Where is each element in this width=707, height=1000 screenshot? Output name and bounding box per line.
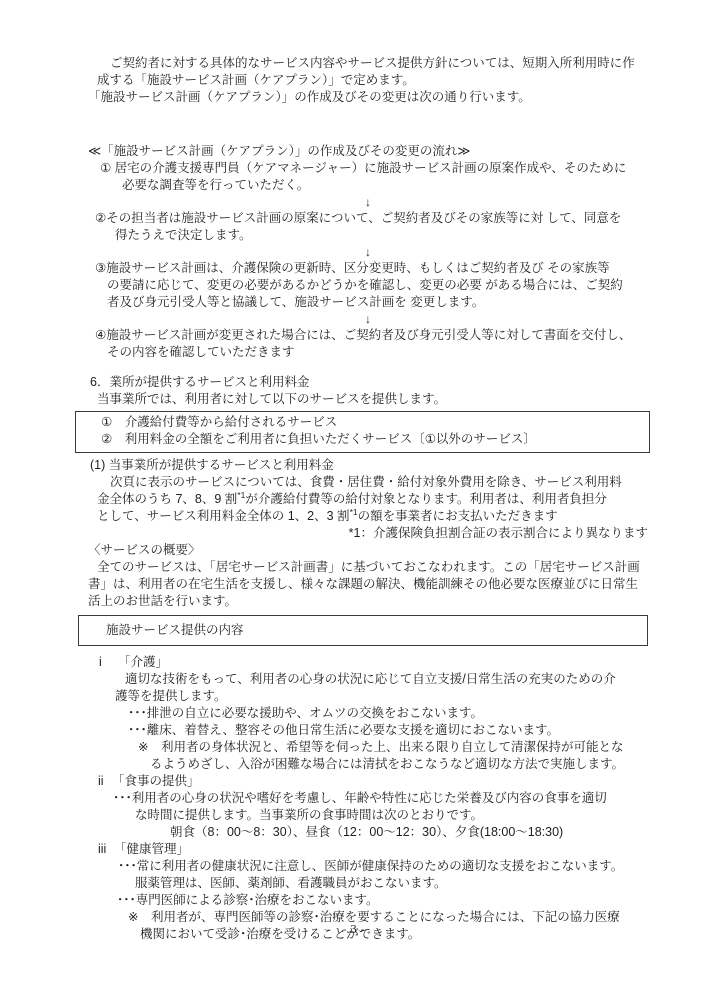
intro-line-1: ご契約者に対する具体的なサービス内容やサービス提供方針については、短期入所利用時… bbox=[88, 55, 648, 72]
service-overview-heading: 〈サービスの概要〉 bbox=[88, 542, 648, 559]
service-item-meals-title: 「食事の提供」 bbox=[112, 774, 200, 788]
flow-step-2-line-1: ②その担当者は施設サービス計画の原案について、ご契約者及びその家族等に対 して、… bbox=[88, 210, 648, 227]
flow-step-2: ②その担当者は施設サービス計画の原案について、ご契約者及びその家族等に対 して、… bbox=[88, 210, 648, 244]
document-content: ご契約者に対する具体的なサービス内容やサービス提供方針については、短期入所利用時… bbox=[0, 0, 707, 943]
health-detail-1: ･･･常に利用者の健康状況に注意し、医師が健康保持のための適切な支援をおこないま… bbox=[88, 858, 648, 875]
user-share-text-cont: の額を事業者にお支払いただきます bbox=[358, 509, 558, 523]
flow-step-2-line-2: 得たうえで決定します。 bbox=[88, 227, 648, 244]
service-item-care-title-row: i「介護」 bbox=[88, 654, 648, 671]
section-6: 6．業所が提供するサービスと利用料金 当事業所では、利用者に対して以下のサービス… bbox=[88, 374, 648, 610]
subsection-1-line-3: として、サービス利用料金全体の 1、2、3 割*1の額を事業者にお支払いただきま… bbox=[88, 508, 648, 525]
flow-heading: ≪「施設サービス計画（ケアプラン）」の作成及びその変更の流れ≫ bbox=[88, 143, 648, 160]
service-item-care: i「介護」 適切な技術をもって、利用者の心身の状況に応じて自立支援/日常生活の充… bbox=[88, 654, 648, 773]
flow-step-4-line-2: その内容を確認していただきます bbox=[88, 344, 648, 361]
careplan-flow-section: ≪「施設サービス計画（ケアプラン）」の作成及びその変更の流れ≫ ① 居宅の介護支… bbox=[88, 143, 648, 361]
service-item-care-title: 「介護」 bbox=[118, 655, 168, 669]
meal-times: 朝食（8：00～8：30）、昼食（12：00～12：30）、夕食(18:00～1… bbox=[88, 824, 648, 841]
service-type-item-1: ① 介護給付費等から給付されるサービス bbox=[101, 414, 649, 431]
flow-step-1-line-2: 必要な調査等を行っていただく。 bbox=[88, 177, 648, 194]
user-share-text: として、サービス利用料金全体の 1、2、3 割 bbox=[97, 509, 350, 523]
section-6-heading: 6．業所が提供するサービスと利用料金 bbox=[88, 374, 648, 391]
flow-step-3-line-2: の要請に応じて、変更の必要があるかどうかを確認し、変更の必要 がある場合には、ご… bbox=[88, 277, 648, 294]
care-desc-line-2: 護等を提供します。 bbox=[88, 688, 648, 705]
service-overview-line-1: 全てのサービスは、「居宅サービス計画書」に基づいておこなわれます。この「居宅サー… bbox=[88, 559, 648, 576]
service-type-item-2: ② 利用料金の全額をご利用者に負担いただくサービス〔①以外のサービス〕 bbox=[101, 431, 649, 448]
flow-down-arrow-icon: ↓ bbox=[88, 194, 648, 210]
section-6-intro: 当事業所では、利用者に対して以下のサービスを提供します。 bbox=[88, 391, 648, 408]
care-detail-2: ･･･離床、着替え、整容その他日常生活に必要な支援を適切におこないます。 bbox=[88, 722, 648, 739]
intro-line-2: 成する「施設サービス計画（ケアプラン）」で定めます。 bbox=[88, 72, 648, 89]
flow-down-arrow-icon: ↓ bbox=[88, 244, 648, 260]
facility-service-content-box: 施設サービス提供の内容 bbox=[78, 615, 648, 646]
document-page: ご契約者に対する具体的なサービス内容やサービス提供方針については、短期入所利用時… bbox=[0, 0, 707, 1000]
meals-detail-2: な時間に提供します。当事業所の食事時間は次のとおりです。 bbox=[88, 807, 648, 824]
service-overview: 〈サービスの概要〉 全てのサービスは、「居宅サービス計画書」に基づいておこなわれ… bbox=[88, 542, 648, 610]
service-item-meals-title-row: ii「食事の提供」 bbox=[88, 773, 648, 790]
health-detail-2: 服薬管理は、医師、薬剤師、看護職員がおこないます。 bbox=[88, 875, 648, 892]
fee-ratio-text: 金全体のうち 7、8、9 割 bbox=[97, 492, 237, 506]
service-detail-list: i「介護」 適切な技術をもって、利用者の心身の状況に応じて自立支援/日常生活の充… bbox=[88, 654, 648, 943]
flow-step-4: ④施設サービス計画が変更された場合には、ご契約者及び身元引受人等に対して書面を交… bbox=[88, 327, 648, 361]
subsection-1-heading: (1) 当事業所が提供するサービスと利用料金 bbox=[88, 457, 648, 474]
page-number: - 3 - bbox=[0, 921, 707, 938]
intro-line-3: 「施設サービス計画（ケアプラン）」の作成及びその変更は次の通り行います。 bbox=[88, 89, 648, 106]
list-marker-iii: iii bbox=[98, 841, 114, 858]
care-detail-1: ･･･排泄の自立に必要な援助や、オムツの交換をおこないます。 bbox=[88, 705, 648, 722]
list-marker-i: i bbox=[99, 654, 118, 671]
meals-detail-1: ･･･利用者の心身の状況や嗜好を考慮し、年齢や特性に応じた栄養及び内容の食事を適… bbox=[88, 790, 648, 807]
subsection-1-line-1: 次頁に表示のサービスについては、食費・居住費・給付対象外費用を除き、サービス利用… bbox=[88, 474, 648, 491]
subsection-1: (1) 当事業所が提供するサービスと利用料金 次頁に表示のサービスについては、食… bbox=[88, 457, 648, 542]
service-item-health-title-row: iii「健康管理」 bbox=[88, 841, 648, 858]
flow-step-3-line-3: 者及び身元引受人等と協議して、施設サービス計画を 変更します。 bbox=[88, 294, 648, 311]
list-marker-ii: ii bbox=[98, 773, 112, 790]
flow-step-1: ① 居宅の介護支援専門員（ケアマネージャー）に施設サービス計画の原案作成や、その… bbox=[88, 160, 648, 194]
flow-step-3: ③施設サービス計画は、介護保険の更新時、区分変更時、もしくはご契約者及び その家… bbox=[88, 260, 648, 311]
service-overview-line-2: 書」は、利用者の在宅生活を支援し、様々な課題の解決、機能訓練その他必要な医療並び… bbox=[88, 576, 648, 593]
flow-step-1-line-1: ① 居宅の介護支援専門員（ケアマネージャー）に施設サービス計画の原案作成や、その… bbox=[88, 160, 648, 177]
footnote-text: *1：介護保険負担割合証の表示割合により異なります bbox=[88, 525, 648, 542]
service-item-meals: ii「食事の提供」 ･･･利用者の心身の状況や嗜好を考慮し、年齢や特性に応じた栄… bbox=[88, 773, 648, 841]
service-overview-line-3: 活上のお世話を行います。 bbox=[88, 593, 648, 610]
intro-paragraph: ご契約者に対する具体的なサービス内容やサービス提供方針については、短期入所利用時… bbox=[88, 55, 648, 106]
care-note-line-2: るようめざし、入浴が困難な場合には清拭をおこなうなど適切な方法で実施します。 bbox=[88, 756, 648, 773]
flow-down-arrow-icon: ↓ bbox=[88, 311, 648, 327]
care-note-line-1: ※ 利用者の身体状況と、希望等を伺った上、出来る限り自立して清潔保持が可能とな bbox=[88, 739, 648, 756]
service-item-health-title: 「健康管理」 bbox=[114, 842, 189, 856]
subsection-1-line-2: 金全体のうち 7、8、9 割*1が介護給付費等の給付対象となります。利用者は、利… bbox=[88, 491, 648, 508]
service-types-box: ① 介護給付費等から給付されるサービス ② 利用料金の全額をご利用者に負担いただ… bbox=[75, 411, 650, 453]
flow-step-4-line-1: ④施設サービス計画が変更された場合には、ご契約者及び身元引受人等に対して書面を交… bbox=[88, 327, 648, 344]
footnote-ref-icon: *1 bbox=[350, 507, 358, 517]
flow-step-3-line-1: ③施設サービス計画は、介護保険の更新時、区分変更時、もしくはご契約者及び その家… bbox=[88, 260, 648, 277]
health-detail-3: ･･･専門医師による診察･治療をおこないます。 bbox=[88, 892, 648, 909]
fee-ratio-text-cont: が介護給付費等の給付対象となります。利用者は、利用者負担分 bbox=[245, 492, 607, 506]
facility-service-content-title: 施設サービス提供の内容 bbox=[106, 622, 647, 639]
care-desc-line-1: 適切な技術をもって、利用者の心身の状況に応じて自立支援/日常生活の充実のための介 bbox=[88, 671, 648, 688]
